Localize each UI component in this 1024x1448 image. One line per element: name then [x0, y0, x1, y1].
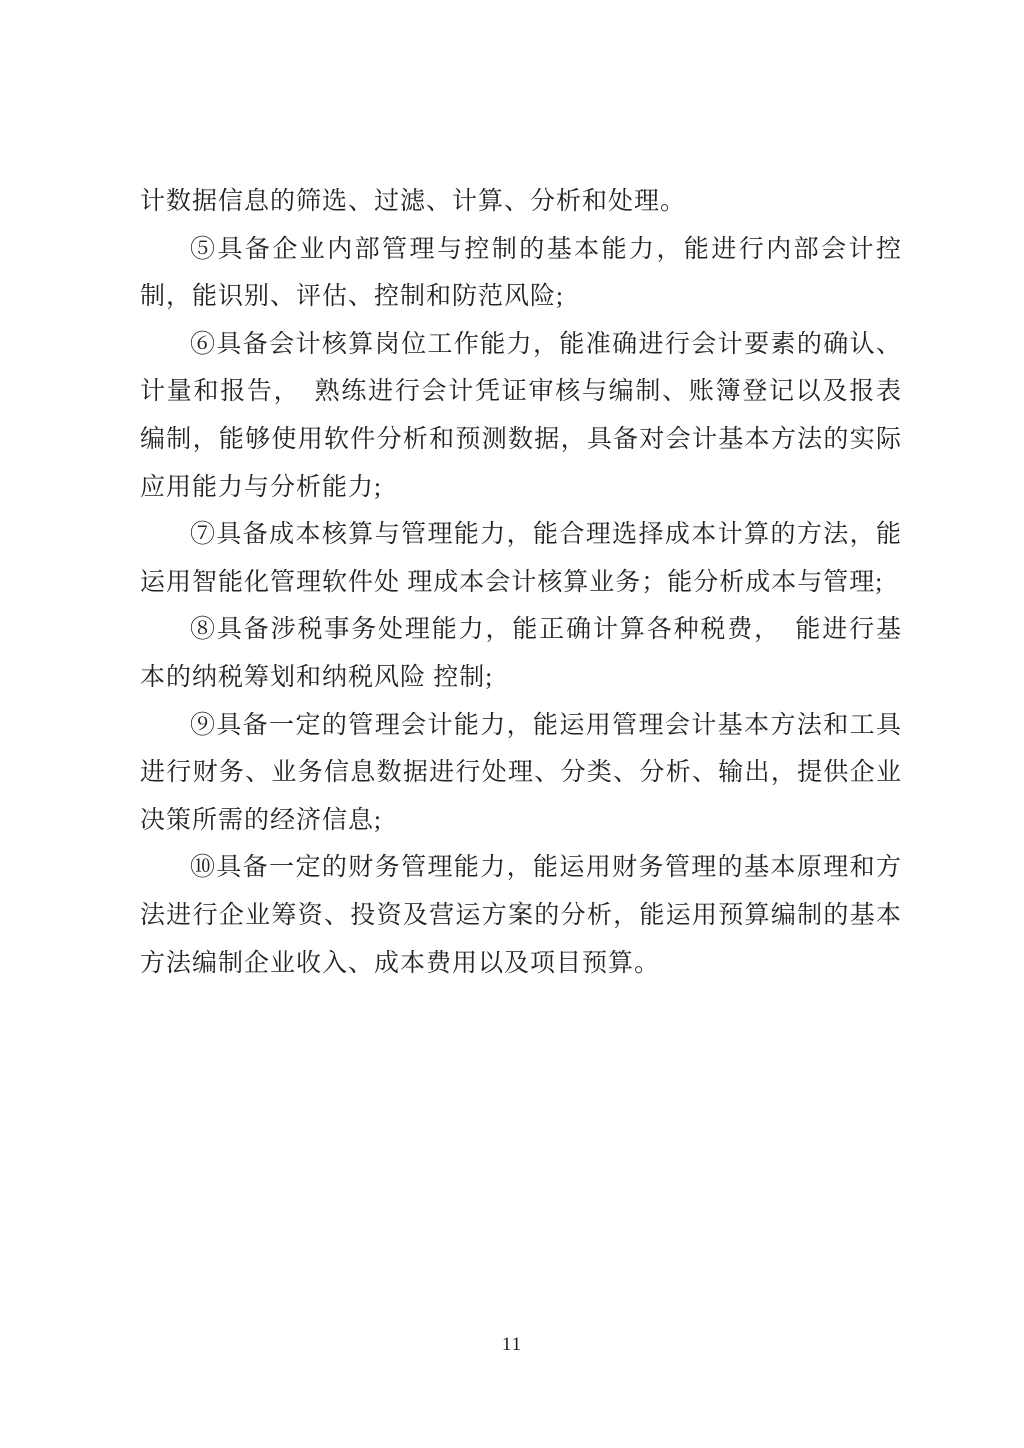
paragraph-continuation: 计数据信息的筛选、过滤、计算、分析和处理。 [140, 178, 902, 226]
paragraph-item-10: ⑩具备一定的财务管理能力，能运用财务管理的基本原理和方法进行企业筹资、投资及营运… [140, 844, 902, 987]
paragraph-item-5: ⑤具备企业内部管理与控制的基本能力，能进行内部会计控制，能识别、评估、控制和防范… [140, 226, 902, 321]
paragraph-item-9: ⑨具备一定的管理会计能力，能运用管理会计基本方法和工具进行财务、业务信息数据进行… [140, 702, 902, 845]
document-body-text: 计数据信息的筛选、过滤、计算、分析和处理。 ⑤具备企业内部管理与控制的基本能力，… [140, 178, 902, 987]
paragraph-item-7: ⑦具备成本核算与管理能力，能合理选择成本计算的方法，能运用智能化管理软件处 理成… [140, 511, 902, 606]
paragraph-item-6: ⑥具备会计核算岗位工作能力，能准确进行会计要素的确认、计量和报告， 熟练进行会计… [140, 321, 902, 511]
page-number: 11 [0, 1334, 1024, 1356]
document-page: 计数据信息的筛选、过滤、计算、分析和处理。 ⑤具备企业内部管理与控制的基本能力，… [0, 0, 1024, 1448]
paragraph-item-8: ⑧具备涉税事务处理能力，能正确计算各种税费， 能进行基本的纳税筹划和纳税风险 控… [140, 606, 902, 701]
